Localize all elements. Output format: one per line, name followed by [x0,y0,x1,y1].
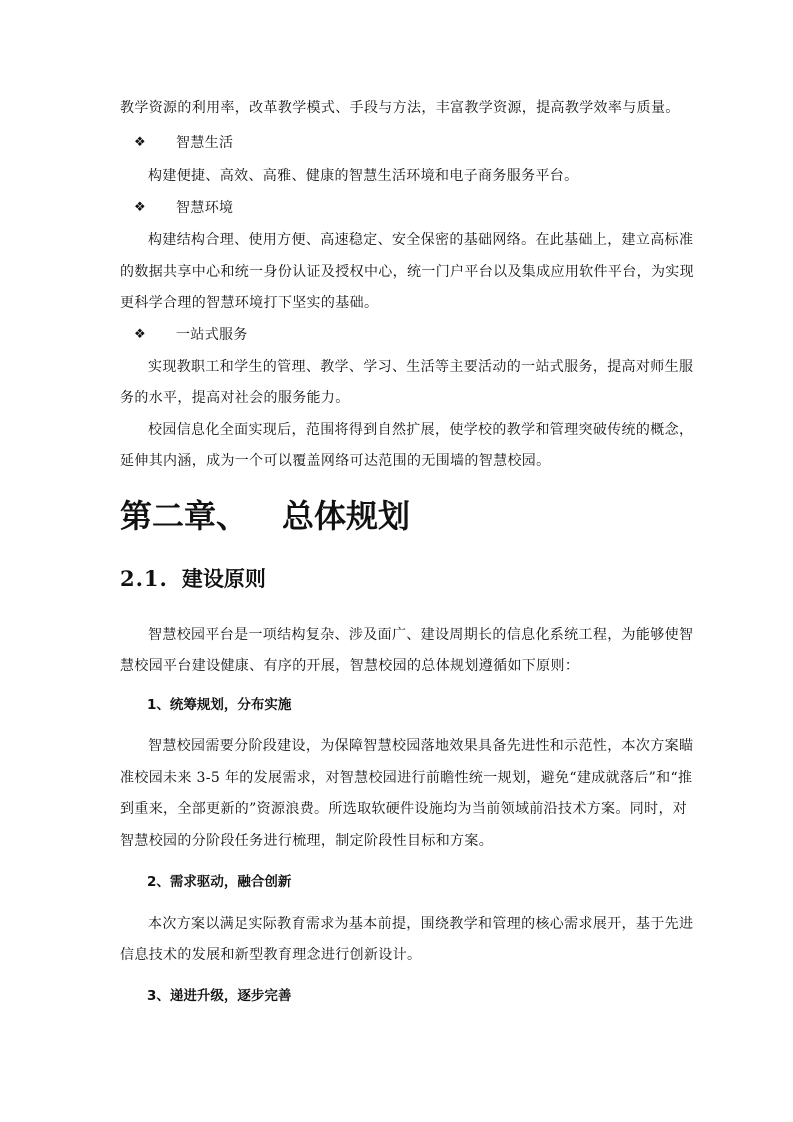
paragraph-line: 智慧校园的分阶段任务进行梳理，制定阶段性目标和方案。 [120,833,493,849]
paragraph-line: 构建结构合理、使用方便、高速稳定、安全保密的基础网络。在此基础上，建立高标准 [148,232,693,248]
paragraph-line: 延伸其内涵，成为一个可以覆盖网络可达范围的无围墙的智慧校园。 [120,453,551,469]
paragraph-line: 到重来，全部更新的”资源浪费。所选取软硬件设施均为当前领域前沿技术方案。同时，对 [120,801,687,817]
section-heading: 2.1.建设原则 [120,567,266,591]
principle-heading-3: 3、递进升级，逐步完善 [147,988,291,1004]
paragraph-line: 智慧校园需要分阶段建设，为保障智慧校园落地效果具备先进性和示范性，本次方案瞄 [148,738,693,754]
paragraph-line: 务的水平，提高对社会的服务能力。 [120,390,350,406]
paragraph-line: 信息技术的发展和新型教育理念进行创新设计。 [120,947,421,963]
paragraph-line: 本次方案以满足实际教育需求为基本前提，围绕教学和管理的核心需求展开，基于先进 [148,916,693,932]
paragraph-line: 实现教职工和学生的管理、教学、学习、生活等主要活动的一站式服务，提高对师生服 [148,359,693,375]
principle-heading-1: 1、统筹规划，分布实施 [147,697,291,713]
section-number: 2.1. [120,566,168,591]
bullet-label-smart-environment: 智慧环境 [176,200,233,216]
paragraph-line: 准校园未来 3-5 年的发展需求，对智慧校园进行前瞻性统一规划，避免“建成就落后… [120,770,692,786]
diamond-bullet-icon: ❖ [134,327,146,343]
bullet-label-smart-life: 智慧生活 [176,135,233,151]
paragraph-line: 的数据共享中心和统一身份认证及授权中心，统一门户平台以及集成应用软件平台，为实现 [120,264,694,280]
section-title: 建设原则 [182,567,266,591]
paragraph-line: 校园信息化全面实现后，范围将得到自然扩展，使学校的教学和管理突破传统的概念， [148,422,693,438]
paragraph-line: 慧校园平台建设健康、有序的开展，智慧校园的总体规划遵循如下原则： [120,658,579,674]
chapter-title: 总体规划 [282,497,410,535]
diamond-bullet-icon: ❖ [134,200,146,216]
diamond-bullet-icon: ❖ [134,135,146,151]
bullet-label-one-stop-service: 一站式服务 [176,327,248,343]
paragraph-line: 智慧校园平台是一项结构复杂、涉及面广、建设周期长的信息化系统工程，为能够使智 [148,627,693,643]
chapter-number: 第二章、 [120,497,248,535]
principle-heading-2: 2、需求驱动，融合创新 [147,874,291,890]
chapter-heading: 第二章、总体规划 [120,498,410,534]
paragraph-line: 构建便捷、高效、高雅、健康的智慧生活环境和电子商务服务平台。 [148,168,579,184]
paragraph-continuation: 教学资源的利用率，改革教学模式、手段与方法，丰富教学资源，提高教学效率与质量。 [120,100,680,116]
paragraph-line: 更科学合理的智慧环境打下坚实的基础。 [120,295,378,311]
